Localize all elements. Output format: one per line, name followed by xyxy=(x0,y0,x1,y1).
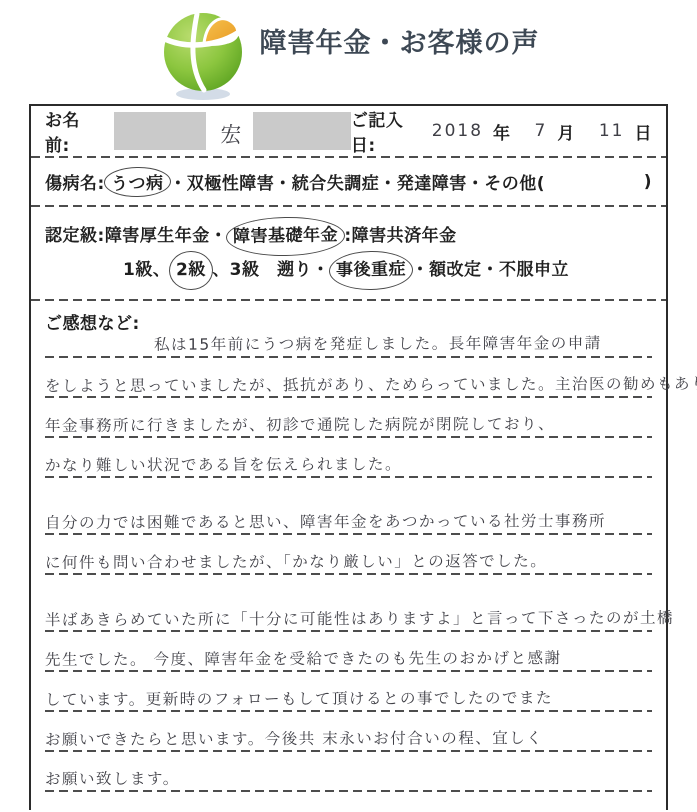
scanned-feedback-sheet: { "header": { "title": "障害年金・お客様の声" }, "… xyxy=(0,0,697,812)
grade-class-options-pre: 1級、 xyxy=(123,260,170,280)
comments-section: ご感想など: 私は15年前にうつ病を発症しました。長年障害年金の申請 をしようと… xyxy=(31,301,666,792)
date-month-value: 7 xyxy=(535,121,548,141)
grade-row: 認定級:障害厚生年金・障害基礎年金:障害共済年金 1級、2級、3級 遡り・事後重… xyxy=(31,207,666,301)
date-day-value: 11 xyxy=(599,121,625,141)
comment-line: 年金事務所に行きましたが、初診で通院した病院が閉院しており、 xyxy=(45,398,652,438)
name-label: お名前: xyxy=(45,106,104,156)
comment-text: 自分の力では困難であると思い、障害年金をあつかっている社労士事務所 xyxy=(45,509,606,533)
grade-option-kousei: 障害厚生年金・ xyxy=(105,226,228,246)
brand-logo-icon xyxy=(158,7,250,101)
comment-line: に何件も問い合わせましたが、「かなり厳しい」との返答でした。 xyxy=(45,535,652,575)
name-redaction-left xyxy=(114,112,206,150)
date-year-value: 2018 xyxy=(432,121,483,141)
name-date-row: お名前: 宏 ご記入日: 2018 年 7 月 11 日 xyxy=(31,106,666,158)
claim-type-selected-circle: 事後重症 xyxy=(328,250,413,290)
comment-text: お願いできたらと思います。今後共 末永いお付合いの程、宜しく xyxy=(45,726,543,750)
feedback-form: お名前: 宏 ご記入日: 2018 年 7 月 11 日 傷病名: うつ病 ・双… xyxy=(29,104,668,810)
comment-line: かなり難しい状況である旨を伝えられました。 xyxy=(45,438,652,478)
date-group: ご記入日: 2018 年 7 月 11 日 xyxy=(351,106,652,156)
comment-line: お願い致します。 xyxy=(45,752,652,792)
comment-text: しています。更新時のフォローもして頂けるとの事でしたのでまた xyxy=(45,686,553,710)
comment-line: 自分の力では困難であると思い、障害年金をあつかっている社労士事務所 xyxy=(45,495,652,535)
name-redaction-right xyxy=(253,112,351,150)
comment-text: に何件も問い合わせましたが、「かなり厳しい」との返答でした。 xyxy=(45,549,547,573)
grade-selected-circle: 障害基礎年金 xyxy=(226,216,346,257)
disease-paren-close: ) xyxy=(644,172,652,192)
disease-label: 傷病名: xyxy=(45,169,105,194)
comment-text: 私は15年前にうつ病を発症しました。長年障害年金の申請 xyxy=(154,331,602,355)
date-year-unit: 年 xyxy=(493,119,511,144)
disease-options: ・双極性障害・統合失調症・発達障害・その他( xyxy=(169,169,545,194)
date-label: ご記入日: xyxy=(351,106,426,156)
comment-line: 半ばあきらめていた所に「十分に可能性はありますよ」と言って下さったのが土橋 xyxy=(45,592,652,632)
comment-text: 半ばあきらめていた所に「十分に可能性はありますよ」と言って下さったのが土橋 xyxy=(45,606,674,630)
paragraph-gap xyxy=(45,575,652,592)
grade-class-options-mid: 、3級 遡り・ xyxy=(212,260,329,280)
comment-text: をしようと思っていましたが、抵抗があり、ためらっていました。主治医の勧めもあり、 xyxy=(45,372,697,396)
page-title: 障害年金・お客様の声 xyxy=(260,21,540,60)
header: 障害年金・お客様の声 xyxy=(0,0,697,104)
disease-selected-circle: うつ病 xyxy=(104,166,171,197)
comment-line: お願いできたらと思います。今後共 末永いお付合いの程、宜しく xyxy=(45,712,652,752)
grade-class-selected-circle: 2級 xyxy=(169,251,214,291)
grade-line-2: 1級、2級、3級 遡り・事後重症・額改定・不服申立 xyxy=(45,253,652,287)
comment-text: かなり難しい状況である旨を伝えられました。 xyxy=(45,452,402,475)
grade-class-options-post: ・額改定・不服申立 xyxy=(412,260,570,280)
comments-label: ご感想など: xyxy=(45,309,140,334)
comment-text: 先生でした。 今度、障害年金を受給できたのも先生のおかげと感謝 xyxy=(45,646,562,670)
disease-row: 傷病名: うつ病 ・双極性障害・統合失調症・発達障害・その他( ) xyxy=(31,158,666,207)
grade-option-kyousai: :障害共済年金 xyxy=(344,226,456,246)
grade-label: 認定級: xyxy=(45,226,105,246)
comment-lines: をしようと思っていましたが、抵抗があり、ためらっていました。主治医の勧めもあり、… xyxy=(45,358,652,792)
comments-first-line: ご感想など: 私は15年前にうつ病を発症しました。長年障害年金の申請 xyxy=(45,306,652,358)
grade-line-1: 認定級:障害厚生年金・障害基礎年金:障害共済年金 xyxy=(45,219,652,253)
comment-line: 先生でした。 今度、障害年金を受給できたのも先生のおかげと感謝 xyxy=(45,632,652,672)
comment-line: をしようと思っていましたが、抵抗があり、ためらっていました。主治医の勧めもあり、 xyxy=(45,358,652,398)
comment-text: 年金事務所に行きましたが、初診で通院した病院が閉院しており、 xyxy=(45,412,555,436)
paragraph-gap xyxy=(45,478,652,495)
date-day-unit: 日 xyxy=(635,119,653,144)
comment-text: お願い致します。 xyxy=(45,767,180,789)
comment-line: しています。更新時のフォローもして頂けるとの事でしたのでまた xyxy=(45,672,652,712)
name-visible-character: 宏 xyxy=(220,119,243,149)
date-month-unit: 月 xyxy=(557,119,575,144)
